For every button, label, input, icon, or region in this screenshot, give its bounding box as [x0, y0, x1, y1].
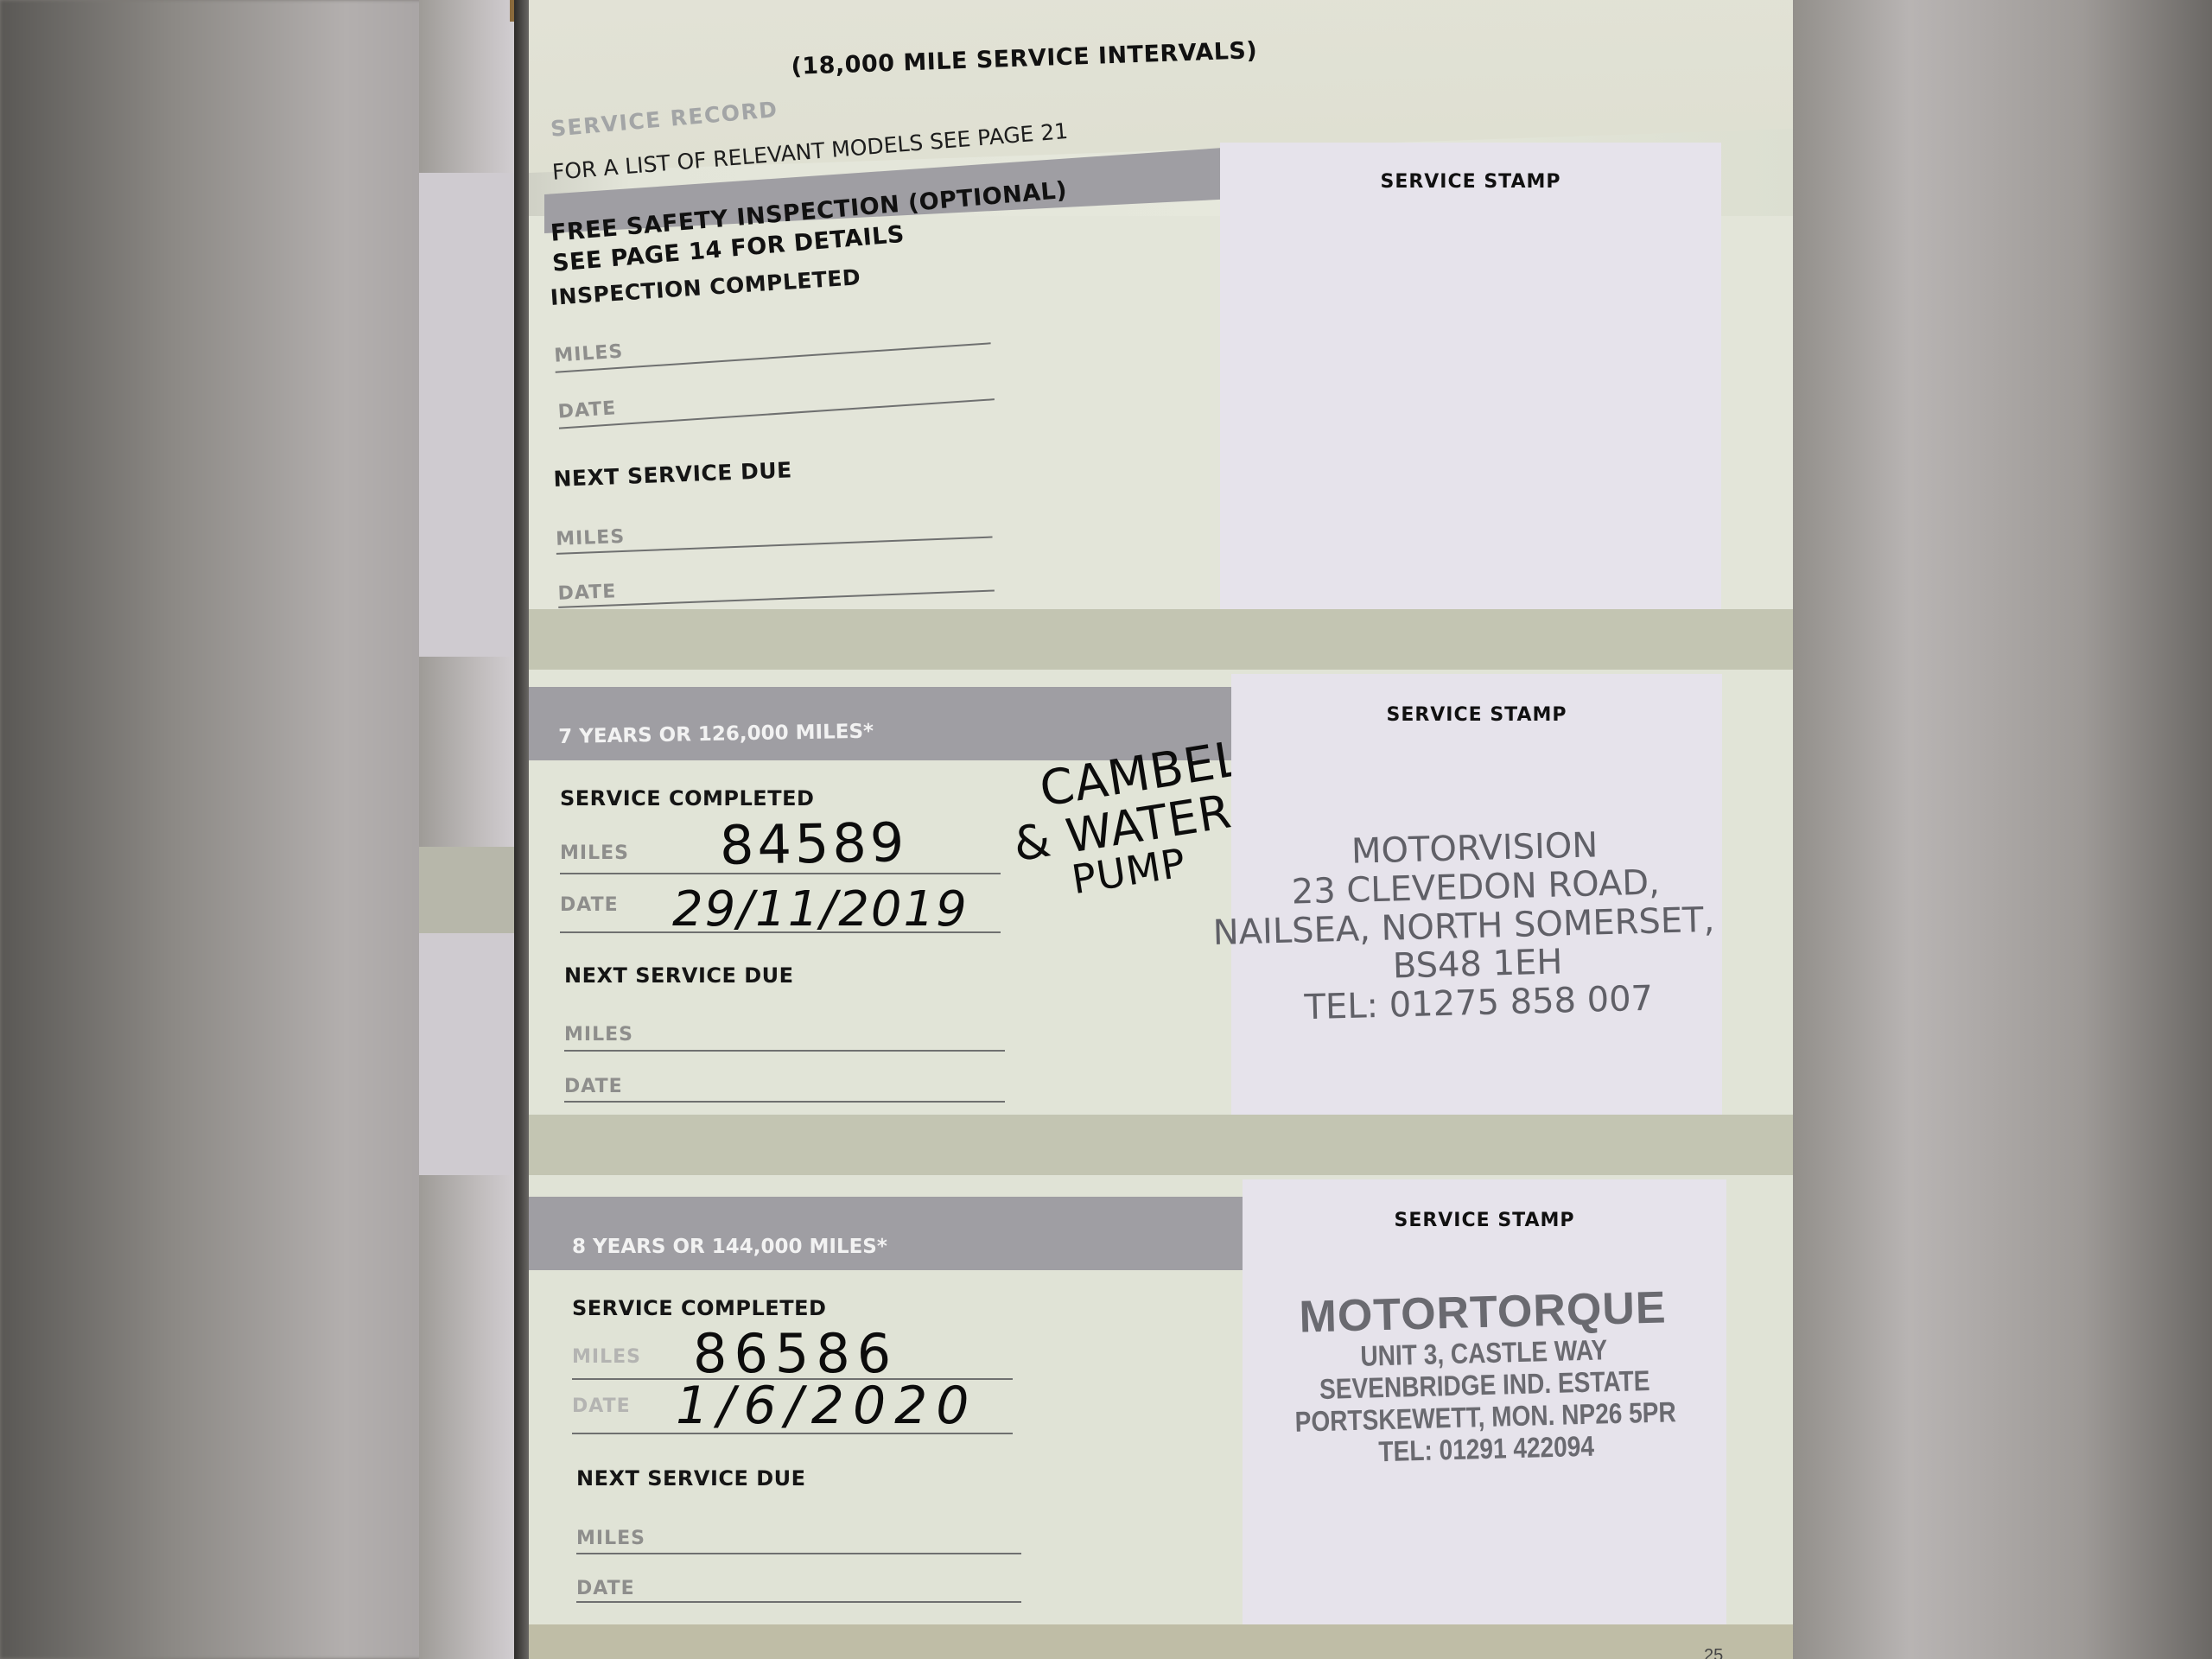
s3-next-date-label: DATE: [576, 1578, 635, 1599]
s3-date-label: DATE: [572, 1395, 631, 1417]
page-number: 25: [1704, 1646, 1723, 1659]
left-page: [419, 0, 520, 1659]
divider-band: [529, 609, 1793, 670]
s2-service-completed-label: SERVICE COMPLETED: [560, 786, 814, 810]
divider-band: [529, 1115, 1793, 1175]
section-3-header: [529, 1197, 1243, 1270]
s1-date-label: DATE: [557, 397, 617, 423]
s2-next-date-label: DATE: [564, 1076, 623, 1097]
s3-next-miles-line: [576, 1553, 1021, 1554]
s3-next-service-label: NEXT SERVICE DUE: [576, 1466, 806, 1491]
service-stamp-label: SERVICE STAMP: [1231, 704, 1722, 726]
s1-date-line: [559, 398, 995, 429]
s1-miles-label: MILES: [554, 341, 624, 367]
service-stamp-box-3: SERVICE STAMP MOTORTORQUE UNIT 3, CASTLE…: [1243, 1179, 1726, 1629]
s1-next-date-label: DATE: [557, 581, 617, 605]
s2-date-line: [560, 931, 1001, 933]
service-stamp-label: SERVICE STAMP: [1243, 1210, 1726, 1231]
s2-miles-line: [560, 873, 1001, 874]
service-stamp-box-1: SERVICE STAMP: [1220, 143, 1721, 613]
service-stamp-box-2: SERVICE STAMP MOTORVISION 23 CLEVEDON RO…: [1231, 674, 1722, 1132]
s3-next-date-line: [576, 1601, 1021, 1603]
s2-next-miles-label: MILES: [564, 1024, 633, 1046]
section-3-header-text: 8 YEARS OR 144,000 MILES*: [572, 1236, 887, 1258]
s2-date-label: DATE: [560, 894, 619, 916]
s2-next-service-label: NEXT SERVICE DUE: [564, 963, 794, 988]
s2-miles-label: MILES: [560, 842, 629, 864]
s2-date-value: 29/11/2019: [672, 881, 969, 938]
s1-next-date-line: [558, 589, 995, 607]
service-record-page: SERVICE RECORD (18,000 MILE SERVICE INTE…: [529, 0, 1793, 1659]
s3-date-line: [572, 1433, 1013, 1434]
s3-service-completed-label: SERVICE COMPLETED: [572, 1296, 826, 1320]
s3-next-miles-label: MILES: [576, 1528, 645, 1549]
stamp-motortorque: MOTORTORQUE UNIT 3, CASTLE WAY SEVENBRID…: [1240, 1281, 1728, 1472]
s2-next-miles-line: [564, 1050, 1005, 1052]
stamp-motorvision: MOTORVISION 23 CLEVEDON ROAD, NAILSEA, N…: [1229, 823, 1725, 1030]
background-right: [1780, 0, 2212, 1659]
s3-date-value: 1/6/2020: [676, 1376, 977, 1436]
service-stamp-label: SERVICE STAMP: [1220, 171, 1721, 193]
background-left: [0, 0, 432, 1659]
s3-miles-label: MILES: [572, 1346, 641, 1368]
s2-miles-value: 84589: [719, 810, 907, 877]
s1-next-miles-label: MILES: [556, 526, 626, 550]
s2-next-date-line: [564, 1101, 1005, 1103]
bottom-band: [529, 1624, 1793, 1659]
